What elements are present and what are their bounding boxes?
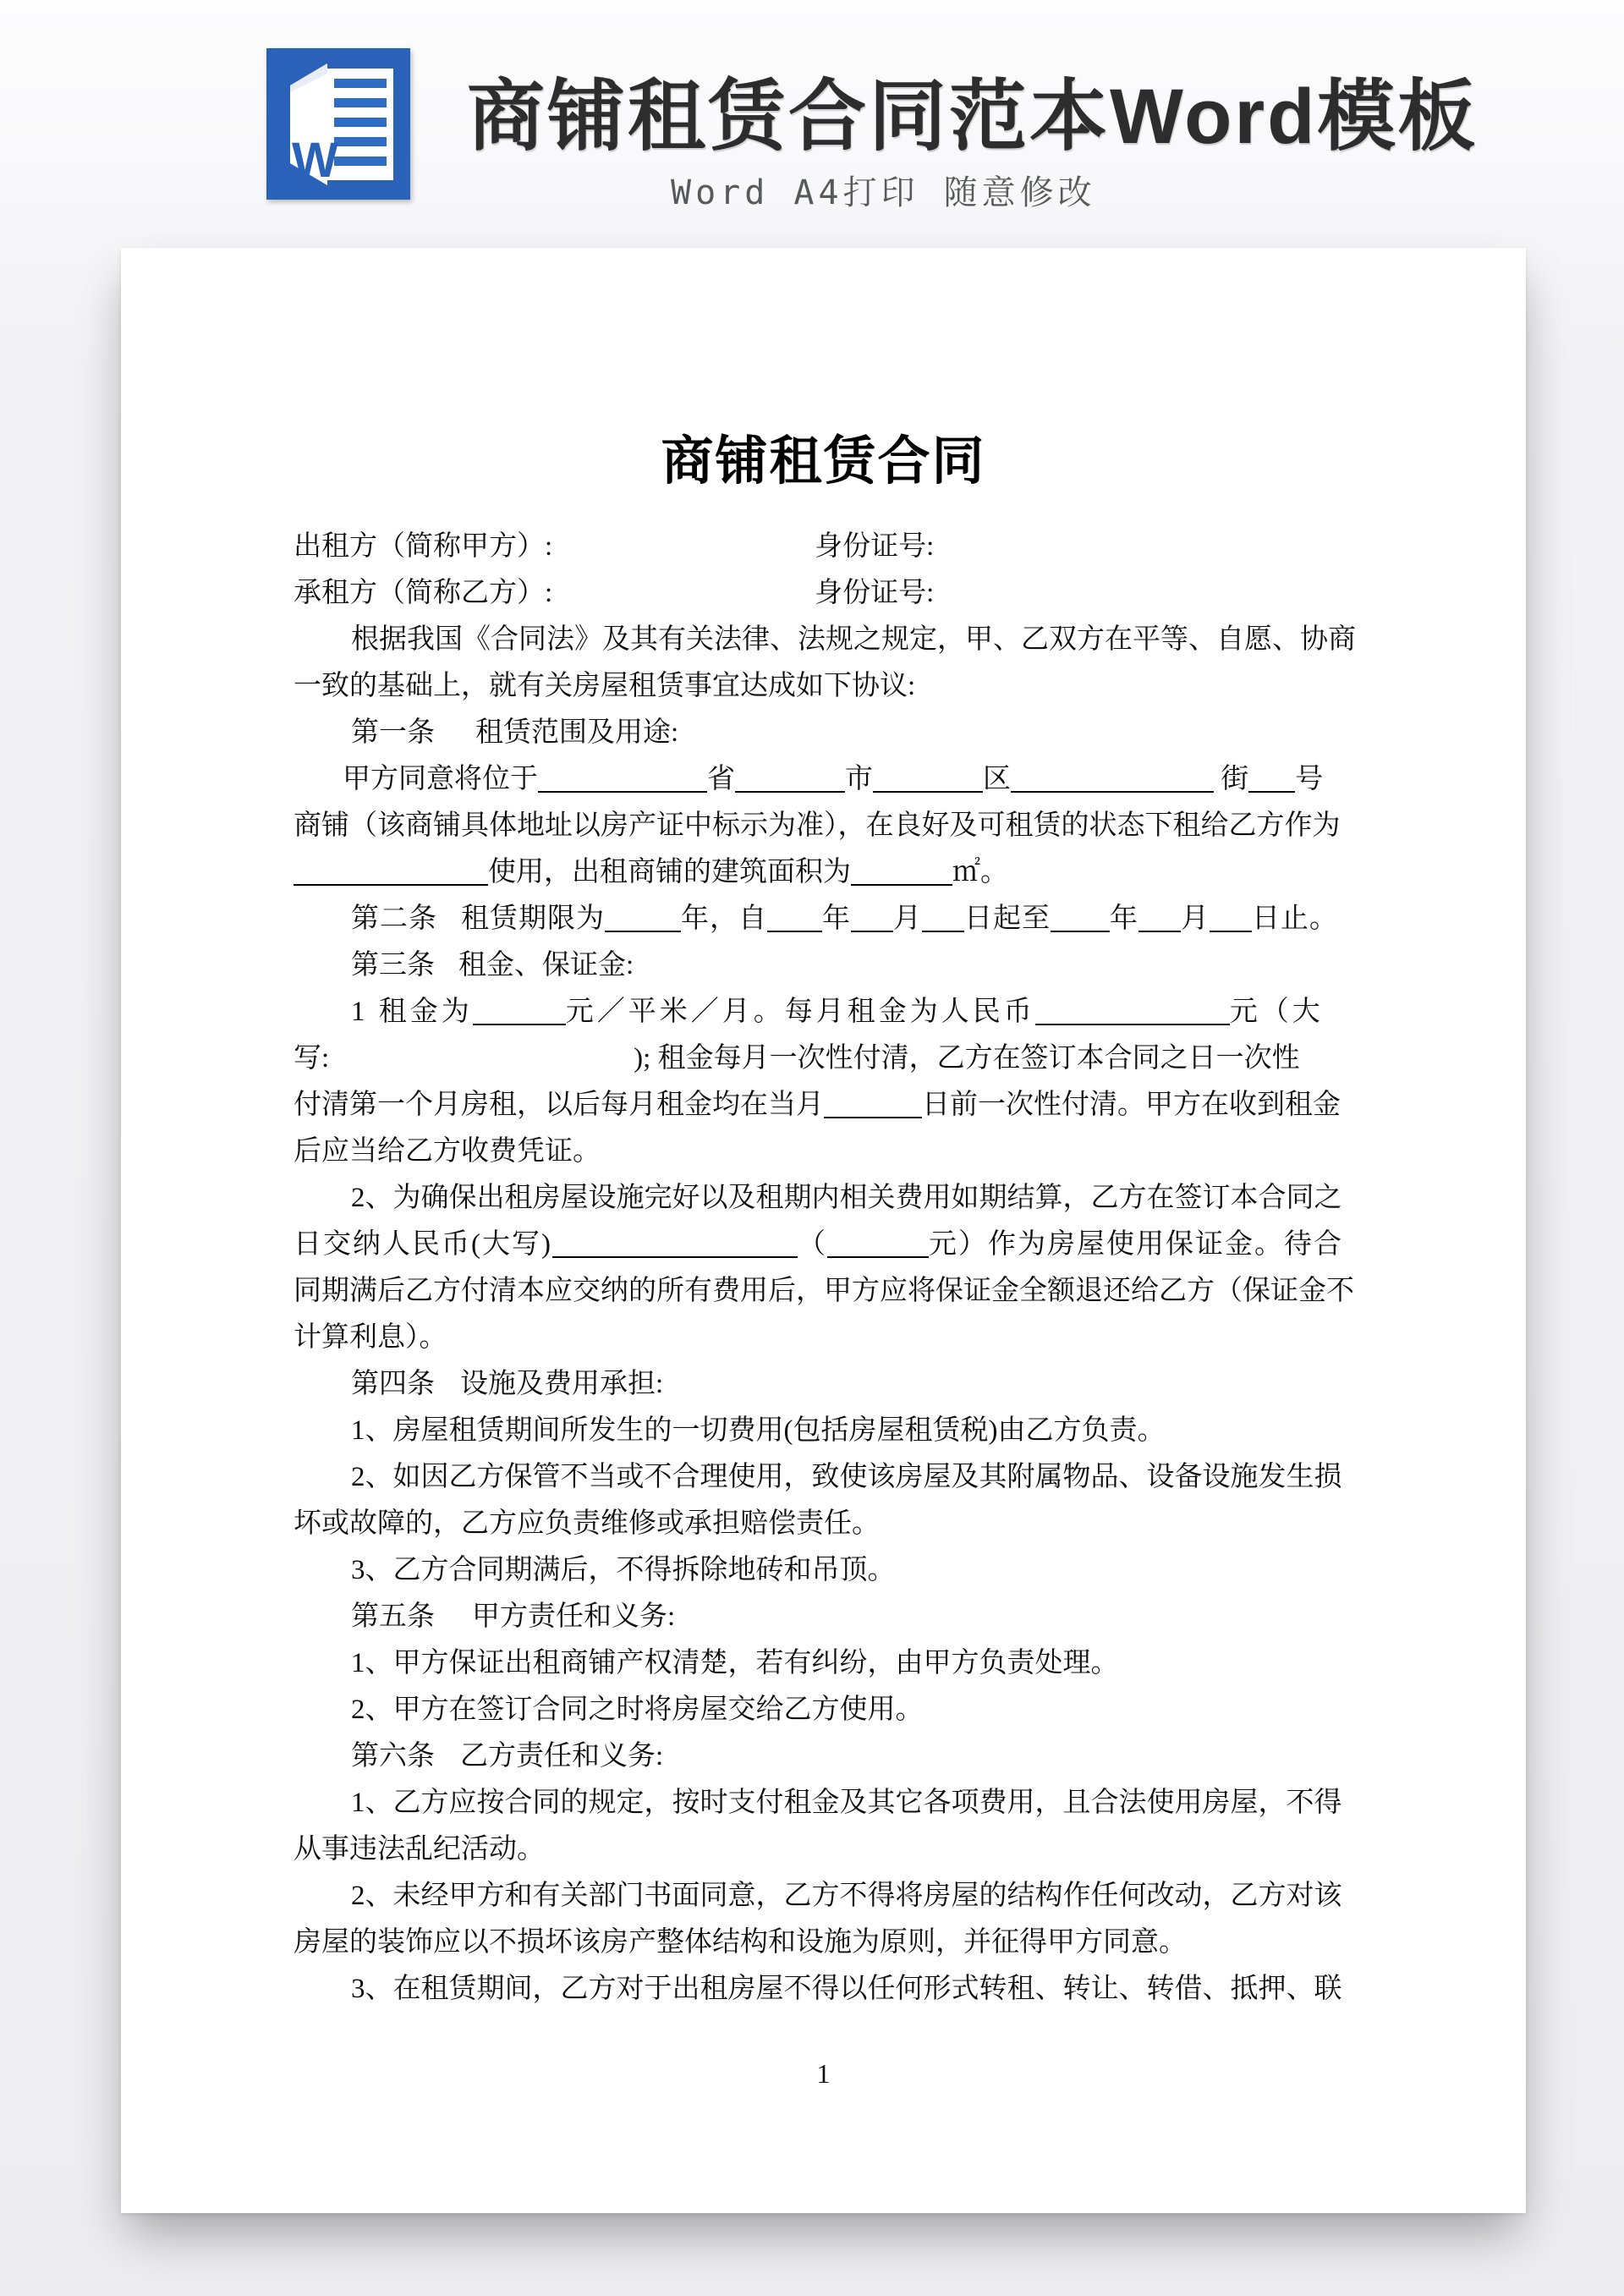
text-run: 第二条 xyxy=(351,904,437,934)
doc-line: 出租方（简称甲方）:身份证号: xyxy=(294,524,1361,570)
blank-field xyxy=(1248,764,1295,793)
document-page: 商铺租赁合同 出租方（简称甲方）:身份证号:承租方（简称乙方）:身份证号:根据我… xyxy=(121,248,1526,2213)
blank-field xyxy=(735,764,845,793)
text-run: 年 xyxy=(1110,904,1138,934)
text-run: 1 租金为 xyxy=(351,997,473,1027)
gap xyxy=(552,598,815,601)
blank-field xyxy=(824,1090,922,1118)
doc-line: 第六条乙方责任和义务: xyxy=(294,1733,1361,1780)
indent xyxy=(294,1203,351,1206)
gap xyxy=(435,1622,472,1625)
text-run: 使用，出租商铺的建筑面积为 xyxy=(488,857,851,887)
indent xyxy=(294,970,351,974)
doc-line: 2、未经甲方和有关部门书面同意，乙方不得将房屋的结构作任何改动，乙方对该 xyxy=(294,1873,1361,1920)
text-run: 日交纳人民币(大写) xyxy=(294,1229,552,1260)
word-icon: W xyxy=(266,48,410,200)
text-run: 2、未经甲方和有关部门书面同意，乙方不得将房屋的结构作任何改动，乙方对该 xyxy=(351,1881,1342,1911)
text-run: 号 xyxy=(1295,764,1323,794)
word-icon-letter: W xyxy=(292,133,338,188)
text-run: 坏或故障的，乙方应负责维修或承担赔偿责任。 xyxy=(294,1508,880,1539)
text-run: 年，自 xyxy=(681,904,767,934)
blank-field xyxy=(827,1229,929,1258)
blank-field xyxy=(1011,764,1214,793)
text-run: 第一条 xyxy=(351,717,435,748)
doc-body: 出租方（简称甲方）:身份证号:承租方（简称乙方）:身份证号:根据我国《合同法》及… xyxy=(294,524,1361,2013)
text-run: 元（大 xyxy=(1230,997,1324,1027)
text-run: 后应当给乙方收费凭证。 xyxy=(294,1136,601,1167)
gap xyxy=(435,1761,460,1765)
text-run: 租赁范围及用途: xyxy=(475,717,678,748)
indent xyxy=(294,1901,351,1904)
text-run: 第四条 xyxy=(351,1369,435,1399)
gap xyxy=(437,924,461,927)
text-run: 商铺（该商铺具体地址以房产证中标示为准），在良好及可租赁的状态下租给乙方作为 xyxy=(294,810,1341,841)
text-run: 3、在租赁期间，乙方对于出租房屋不得以任何形式转租、转让、转借、抵押、联 xyxy=(351,1974,1342,2004)
gap xyxy=(435,970,458,974)
text-run: 计算利息）。 xyxy=(294,1322,447,1353)
text-run: 第三条 xyxy=(351,950,435,980)
doc-line: 3、在租赁期间，乙方对于出租房屋不得以任何形式转租、转让、转借、抵押、联 xyxy=(294,1966,1361,2013)
text-run: 同期满后乙方付清本应交纳的所有费用后，甲方应将保证金全额退还给乙方（保证金不 xyxy=(294,1276,1354,1306)
text-run: 第六条 xyxy=(351,1741,435,1771)
text-run: 第五条 xyxy=(351,1601,435,1632)
text-run: 3、乙方合同期满后，不得拆除地砖和吊顶。 xyxy=(351,1555,896,1585)
text-run: 年 xyxy=(822,904,851,934)
text-run: 元／平米／月。每月租金为人民币 xyxy=(566,997,1035,1027)
template-preview-canvas: W 商铺租赁合同范本Word模板 Word A4打印 随意修改 商铺租赁合同 出… xyxy=(0,0,1624,2296)
indent xyxy=(294,1808,351,1811)
text-run: 市 xyxy=(845,764,873,794)
text-run: 身份证号: xyxy=(815,531,934,562)
indent xyxy=(294,1994,351,1997)
blank-field xyxy=(1051,904,1110,932)
indent xyxy=(294,1622,351,1625)
text-run: 2、为确保出租房屋设施完好以及租期内相关费用如期结算，乙方在签订本合同之 xyxy=(351,1183,1342,1213)
doc-line: 使用，出租商铺的建筑面积为㎡。 xyxy=(294,849,1361,896)
doc-line: 第一条租赁范围及用途: xyxy=(294,710,1361,756)
text-run: 写: xyxy=(294,1043,329,1074)
doc-line: 根据我国《合同法》及其有关法律、法规之规定，甲、乙双方在平等、自愿、协商 xyxy=(294,617,1361,663)
doc-line: 后应当给乙方收费凭证。 xyxy=(294,1129,1361,1175)
text-run: 设施及费用承担: xyxy=(460,1369,663,1399)
doc-line: 2、甲方在签订合同之时将房屋交给乙方使用。 xyxy=(294,1687,1361,1733)
doc-line: 1、房屋租赁期间所发生的一切费用(包括房屋租赁税)由乙方负责。 xyxy=(294,1408,1361,1454)
blank-field xyxy=(767,904,822,932)
blank-field xyxy=(1138,904,1181,932)
text-run: 根据我国《合同法》及其有关法律、法规之规定，甲、乙双方在平等、自愿、协商 xyxy=(351,624,1356,655)
blank-field xyxy=(605,904,681,932)
text-run: 2、如因乙方保管不当或不合理使用，致使该房屋及其附属物品、设备设施发生损 xyxy=(351,1462,1342,1492)
blank-field xyxy=(538,764,707,793)
blank-field xyxy=(873,764,983,793)
text-run: 租金、保证金: xyxy=(458,950,634,980)
indent xyxy=(294,645,351,648)
doc-line: 2、如因乙方保管不当或不合理使用，致使该房屋及其附属物品、设备设施发生损 xyxy=(294,1454,1361,1501)
text-run: 出租方（简称甲方）: xyxy=(294,531,552,562)
doc-line: 1、乙方应按合同的规定，按时支付租金及其它各项费用，且合法使用房屋，不得 xyxy=(294,1780,1361,1826)
document-title: 商铺租赁合同 xyxy=(121,419,1526,494)
doc-line: 第四条设施及费用承担: xyxy=(294,1361,1361,1408)
blank-field xyxy=(1210,904,1252,932)
doc-line: 承租方（简称乙方）:身份证号: xyxy=(294,570,1361,617)
header-subtitle: Word A4打印 随意修改 xyxy=(671,166,1096,214)
gap xyxy=(552,552,815,555)
doc-line: 从事违法乱纪活动。 xyxy=(294,1826,1361,1873)
indent xyxy=(294,1575,351,1579)
indent xyxy=(294,1715,351,1718)
blank-field xyxy=(851,857,952,886)
doc-line: 第五条甲方责任和义务: xyxy=(294,1594,1361,1640)
text-run: 从事违法乱纪活动。 xyxy=(294,1834,545,1865)
text-run: 身份证号: xyxy=(815,578,934,608)
text-run: 2、甲方在签订合同之时将房屋交给乙方使用。 xyxy=(351,1695,924,1725)
text-run: 日前一次性付清。甲方在收到租金 xyxy=(922,1090,1341,1120)
text-run: 租赁期限为 xyxy=(461,904,605,934)
text-run: 乙方责任和义务: xyxy=(460,1741,663,1771)
gap xyxy=(329,1063,634,1067)
gap xyxy=(435,1389,460,1392)
blank-field xyxy=(552,1229,798,1258)
blank-field xyxy=(922,904,964,932)
doc-line: 付清第一个月房租，以后每月租金均在当月日前一次性付清。甲方在收到租金 xyxy=(294,1082,1361,1129)
gap xyxy=(435,738,475,741)
text-run: 1、乙方应按合同的规定，按时支付租金及其它各项费用，且合法使用房屋，不得 xyxy=(351,1788,1342,1818)
text-run: 一致的基础上，就有关房屋租赁事宜达成如下协议: xyxy=(294,671,915,701)
blank-field xyxy=(473,997,566,1025)
doc-line: 商铺（该商铺具体地址以房产证中标示为准），在良好及可租赁的状态下租给乙方作为 xyxy=(294,803,1361,849)
doc-line: 坏或故障的，乙方应负责维修或承担赔偿责任。 xyxy=(294,1501,1361,1547)
text-run: 街 xyxy=(1214,764,1248,794)
doc-line: 写:); 租金每月一次性付清，乙方在签订本合同之日一次性 xyxy=(294,1035,1361,1082)
indent xyxy=(294,1761,351,1765)
doc-line: 第三条租金、保证金: xyxy=(294,942,1361,989)
page-number: 1 xyxy=(121,2058,1526,2090)
indent xyxy=(294,924,351,927)
indent xyxy=(294,1668,351,1672)
text-run: 1、甲方保证出租商铺产权清楚，若有纠纷，由甲方负责处理。 xyxy=(351,1648,1119,1678)
gap xyxy=(294,784,343,788)
text-run: 省 xyxy=(707,764,735,794)
header-title: 商铺租赁合同范本Word模板 xyxy=(467,54,1478,166)
text-run: 日起至 xyxy=(964,904,1051,934)
doc-line: 计算利息）。 xyxy=(294,1315,1361,1361)
blank-field xyxy=(1035,997,1230,1025)
doc-line: 1、甲方保证出租商铺产权清楚，若有纠纷，由甲方负责处理。 xyxy=(294,1640,1361,1687)
text-run: 元）作为房屋使用保证金。待合 xyxy=(929,1229,1343,1260)
doc-line: 一致的基础上，就有关房屋租赁事宜达成如下协议: xyxy=(294,663,1361,710)
indent xyxy=(294,1017,351,1020)
text-run: 日止。 xyxy=(1252,904,1338,934)
text-run: 月 xyxy=(893,904,922,934)
doc-line: 3、乙方合同期满后，不得拆除地砖和吊顶。 xyxy=(294,1547,1361,1594)
doc-line: 第二条租赁期限为年，自年月日起至年月日止。 xyxy=(294,896,1361,942)
text-run: ㎡。 xyxy=(952,857,1008,887)
blank-field xyxy=(294,857,488,886)
indent xyxy=(294,1389,351,1392)
indent xyxy=(294,738,351,741)
text-run: ); 租金每月一次性付清，乙方在签订本合同之日一次性 xyxy=(634,1043,1299,1074)
blank-field xyxy=(851,904,893,932)
indent xyxy=(294,1436,351,1439)
doc-line: 日交纳人民币(大写)（元）作为房屋使用保证金。待合 xyxy=(294,1222,1361,1268)
text-run: 区 xyxy=(983,764,1011,794)
doc-line: 甲方同意将位于省市区 街号 xyxy=(294,756,1361,803)
text-run: 1、房屋租赁期间所发生的一切费用(包括房屋租赁税)由乙方负责。 xyxy=(351,1415,1165,1446)
doc-line: 2、为确保出租房屋设施完好以及租期内相关费用如期结算，乙方在签订本合同之 xyxy=(294,1175,1361,1222)
text-run: 甲方同意将位于 xyxy=(343,764,538,794)
text-run: 月 xyxy=(1181,904,1210,934)
doc-line: 1 租金为元／平米／月。每月租金为人民币元（大 xyxy=(294,989,1361,1035)
doc-line: 同期满后乙方付清本应交纳的所有费用后，甲方应将保证金全额退还给乙方（保证金不 xyxy=(294,1268,1361,1315)
text-run: （ xyxy=(798,1229,827,1260)
text-run: 甲方责任和义务: xyxy=(472,1601,675,1632)
text-run: 付清第一个月房租，以后每月租金均在当月 xyxy=(294,1090,824,1120)
doc-line: 房屋的装饰应以不损坏该房产整体结构和设施为原则，并征得甲方同意。 xyxy=(294,1920,1361,1966)
indent xyxy=(294,1482,351,1486)
text-run: 承租方（简称乙方）: xyxy=(294,578,552,608)
text-run: 房屋的装饰应以不损坏该房产整体结构和设施为原则，并征得甲方同意。 xyxy=(294,1927,1187,1958)
